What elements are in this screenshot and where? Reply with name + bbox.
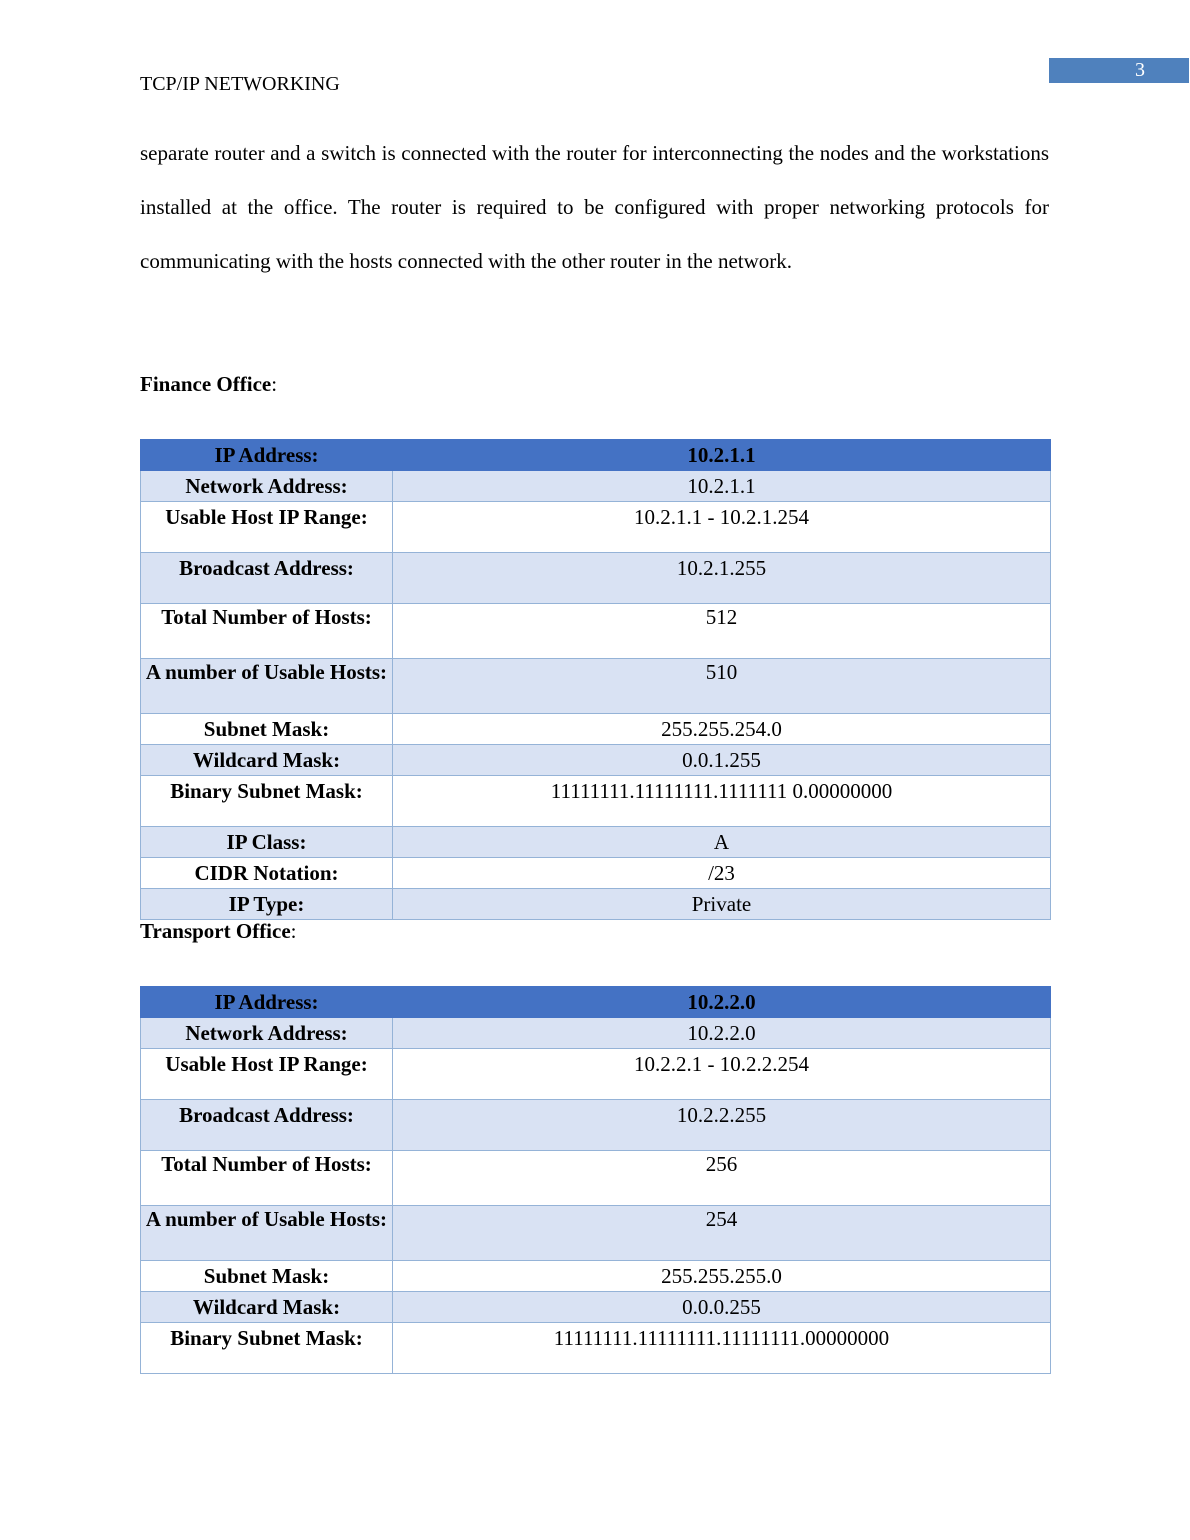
- table-row: Usable Host IP Range: 10.2.2.1 - 10.2.2.…: [141, 1049, 1051, 1100]
- row-key: CIDR Notation:: [141, 858, 393, 889]
- table-row: Network Address: 10.2.1.1: [141, 471, 1051, 502]
- row-key: Usable Host IP Range:: [141, 502, 393, 553]
- finance-office-colon: :: [271, 372, 277, 396]
- row-value: 10.2.1.255: [393, 553, 1051, 604]
- row-key: A number of Usable Hosts:: [141, 659, 393, 714]
- transport-office-heading: Transport Office:: [140, 917, 297, 945]
- table-row: IP Address: 10.2.2.0: [141, 987, 1051, 1018]
- row-key: Subnet Mask:: [141, 714, 393, 745]
- table-row: IP Type: Private: [141, 889, 1051, 920]
- row-key: Network Address:: [141, 1018, 393, 1049]
- table-row: Subnet Mask: 255.255.255.0: [141, 1261, 1051, 1292]
- row-value: 10.2.2.1 - 10.2.2.254: [393, 1049, 1051, 1100]
- table-row: Wildcard Mask: 0.0.1.255: [141, 745, 1051, 776]
- row-value: 10.2.1.1 - 10.2.1.254: [393, 502, 1051, 553]
- row-value: 10.2.2.0: [393, 1018, 1051, 1049]
- page-number: 3: [1049, 58, 1189, 83]
- running-head: TCP/IP NETWORKING: [140, 71, 340, 97]
- row-key: A number of Usable Hosts:: [141, 1206, 393, 1261]
- row-value: 255.255.255.0: [393, 1261, 1051, 1292]
- table-row: Network Address: 10.2.2.0: [141, 1018, 1051, 1049]
- row-key: Broadcast Address:: [141, 1100, 393, 1151]
- row-key: Binary Subnet Mask:: [141, 1323, 393, 1374]
- row-value: /23: [393, 858, 1051, 889]
- row-value: 0.0.0.255: [393, 1292, 1051, 1323]
- transport-office-table: IP Address: 10.2.2.0 Network Address: 10…: [140, 986, 1051, 1374]
- table-row: Usable Host IP Range: 10.2.1.1 - 10.2.1.…: [141, 502, 1051, 553]
- row-key: Wildcard Mask:: [141, 1292, 393, 1323]
- row-key: IP Class:: [141, 827, 393, 858]
- row-value: 10.2.1.1: [393, 440, 1051, 471]
- row-value: 10.2.2.0: [393, 987, 1051, 1018]
- table-row: Binary Subnet Mask: 11111111.11111111.11…: [141, 1323, 1051, 1374]
- transport-office-colon: :: [291, 919, 297, 943]
- transport-office-label: Transport Office: [140, 919, 291, 943]
- table-row: Binary Subnet Mask: 11111111.11111111.11…: [141, 776, 1051, 827]
- table-row: Subnet Mask: 255.255.254.0: [141, 714, 1051, 745]
- table-row: A number of Usable Hosts: 510: [141, 659, 1051, 714]
- table-row: Total Number of Hosts: 512: [141, 604, 1051, 659]
- row-key: Binary Subnet Mask:: [141, 776, 393, 827]
- row-key: Wildcard Mask:: [141, 745, 393, 776]
- finance-office-heading: Finance Office:: [140, 370, 277, 398]
- finance-office-label: Finance Office: [140, 372, 271, 396]
- table-row: A number of Usable Hosts: 254: [141, 1206, 1051, 1261]
- table-row: CIDR Notation: /23: [141, 858, 1051, 889]
- row-value: 254: [393, 1206, 1051, 1261]
- table-row: Total Number of Hosts: 256: [141, 1151, 1051, 1206]
- row-value: 0.0.1.255: [393, 745, 1051, 776]
- row-key: Subnet Mask:: [141, 1261, 393, 1292]
- row-value: A: [393, 827, 1051, 858]
- row-key: Broadcast Address:: [141, 553, 393, 604]
- table-row: Wildcard Mask: 0.0.0.255: [141, 1292, 1051, 1323]
- row-value: 256: [393, 1151, 1051, 1206]
- table-row: IP Class: A: [141, 827, 1051, 858]
- table-row: Broadcast Address: 10.2.2.255: [141, 1100, 1051, 1151]
- table-row: Broadcast Address: 10.2.1.255: [141, 553, 1051, 604]
- row-key: IP Address:: [141, 440, 393, 471]
- row-key: Network Address:: [141, 471, 393, 502]
- body-paragraph: separate router and a switch is connecte…: [140, 126, 1049, 288]
- row-key: IP Type:: [141, 889, 393, 920]
- row-value: 512: [393, 604, 1051, 659]
- row-value: 255.255.254.0: [393, 714, 1051, 745]
- row-key: Usable Host IP Range:: [141, 1049, 393, 1100]
- table-row: IP Address: 10.2.1.1: [141, 440, 1051, 471]
- row-value: Private: [393, 889, 1051, 920]
- row-value: 510: [393, 659, 1051, 714]
- finance-office-table: IP Address: 10.2.1.1 Network Address: 10…: [140, 439, 1051, 920]
- row-key: Total Number of Hosts:: [141, 1151, 393, 1206]
- row-value: 11111111.11111111.11111111.00000000: [393, 1323, 1051, 1374]
- row-key: IP Address:: [141, 987, 393, 1018]
- row-value: 11111111.11111111.1111111 0.00000000: [393, 776, 1051, 827]
- row-key: Total Number of Hosts:: [141, 604, 393, 659]
- row-value: 10.2.2.255: [393, 1100, 1051, 1151]
- row-value: 10.2.1.1: [393, 471, 1051, 502]
